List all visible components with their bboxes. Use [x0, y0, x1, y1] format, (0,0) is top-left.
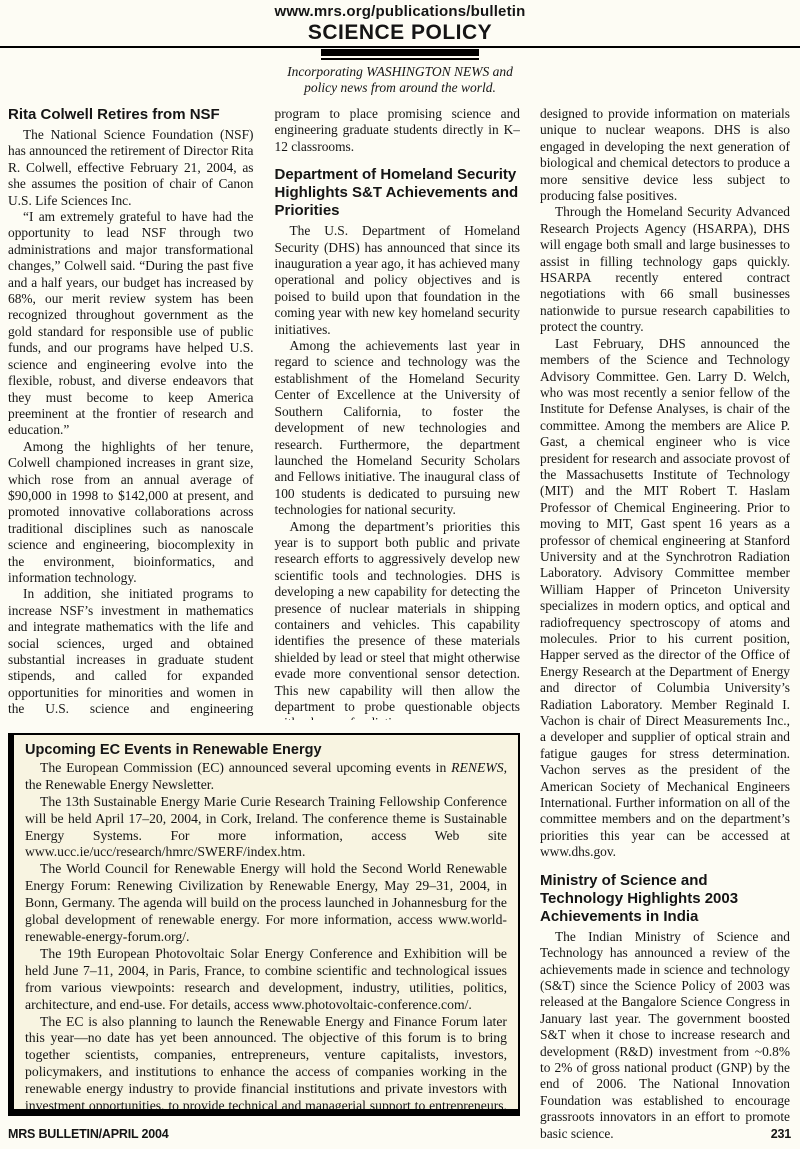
paragraph: The European Commission (EC) announced s… — [25, 760, 507, 794]
paragraph: In addition, she initiated programs to i… — [8, 586, 254, 720]
paragraph: Last February, DHS announced the members… — [540, 336, 790, 861]
paragraph: “I am extremely grateful to have had the… — [8, 209, 254, 439]
tagline: Incorporating WASHINGTON NEWS and policy… — [0, 64, 800, 96]
article-heading-nsf: Rita Colwell Retires from NSF — [8, 106, 254, 124]
ec-box-heading: Upcoming EC Events in Renewable Energy — [25, 742, 507, 759]
column-1: Rita Colwell Retires from NSF The Nation… — [8, 106, 254, 720]
header-rule — [0, 46, 800, 48]
article-heading-dhs: Department of Homeland Security Highligh… — [275, 166, 521, 220]
publication-url: www.mrs.org/publications/bulletin — [0, 3, 800, 20]
left-two-column-area: Rita Colwell Retires from NSF The Nation… — [8, 106, 520, 1142]
page-number: 231 — [771, 1127, 791, 1141]
page-content: Rita Colwell Retires from NSF The Nation… — [0, 96, 800, 1142]
page-footer: MRS BULLETIN/APRIL 2004 231 — [0, 1127, 800, 1141]
column-2: program to place promising science and e… — [275, 106, 521, 720]
ec-events-box: Upcoming EC Events in Renewable Energy T… — [8, 733, 520, 1116]
article-heading-india: Ministry of Science and Technology Highl… — [540, 872, 790, 926]
tagline-line2: policy news from around the world. — [0, 80, 800, 96]
section-title: SCIENCE POLICY — [0, 21, 800, 45]
paragraph: Among the highlights of her tenure, Colw… — [8, 439, 254, 587]
magazine-page: www.mrs.org/publications/bulletin SCIENC… — [0, 0, 800, 1149]
paragraph: The 13th Sustainable Energy Marie Curie … — [25, 794, 507, 862]
paragraph: Among the achievements last year in rega… — [275, 338, 521, 518]
paragraph: The World Council for Renewable Energy w… — [25, 861, 507, 946]
title-underline-thin — [321, 58, 479, 60]
paragraph: Through the Homeland Security Advanced R… — [540, 204, 790, 335]
paragraph: The 19th European Photovoltaic Solar Ene… — [25, 946, 507, 1014]
title-underline-bar — [321, 49, 479, 56]
ec-p1-pre: The European Commission (EC) announced s… — [40, 760, 451, 775]
paragraph: The Indian Ministry of Science and Techn… — [540, 929, 790, 1142]
paragraph: The U.S. Department of Homeland Security… — [275, 223, 521, 338]
paragraph-continuation: designed to provide information on mater… — [540, 106, 790, 204]
tagline-line1: Incorporating WASHINGTON NEWS and — [0, 64, 800, 80]
paragraph: Among the department’s priorities this y… — [275, 519, 521, 720]
columns-1-2: Rita Colwell Retires from NSF The Nation… — [8, 106, 520, 720]
paragraph: The National Science Foundation (NSF) ha… — [8, 127, 254, 209]
column-3: designed to provide information on mater… — [540, 106, 790, 1142]
paragraph-continuation: program to place promising science and e… — [275, 106, 521, 155]
paragraph: The EC is also planning to launch the Re… — [25, 1014, 507, 1117]
journal-issue-label: MRS BULLETIN/APRIL 2004 — [8, 1127, 168, 1141]
newsletter-name: RENEWS — [451, 760, 503, 775]
masthead: www.mrs.org/publications/bulletin SCIENC… — [0, 0, 800, 96]
